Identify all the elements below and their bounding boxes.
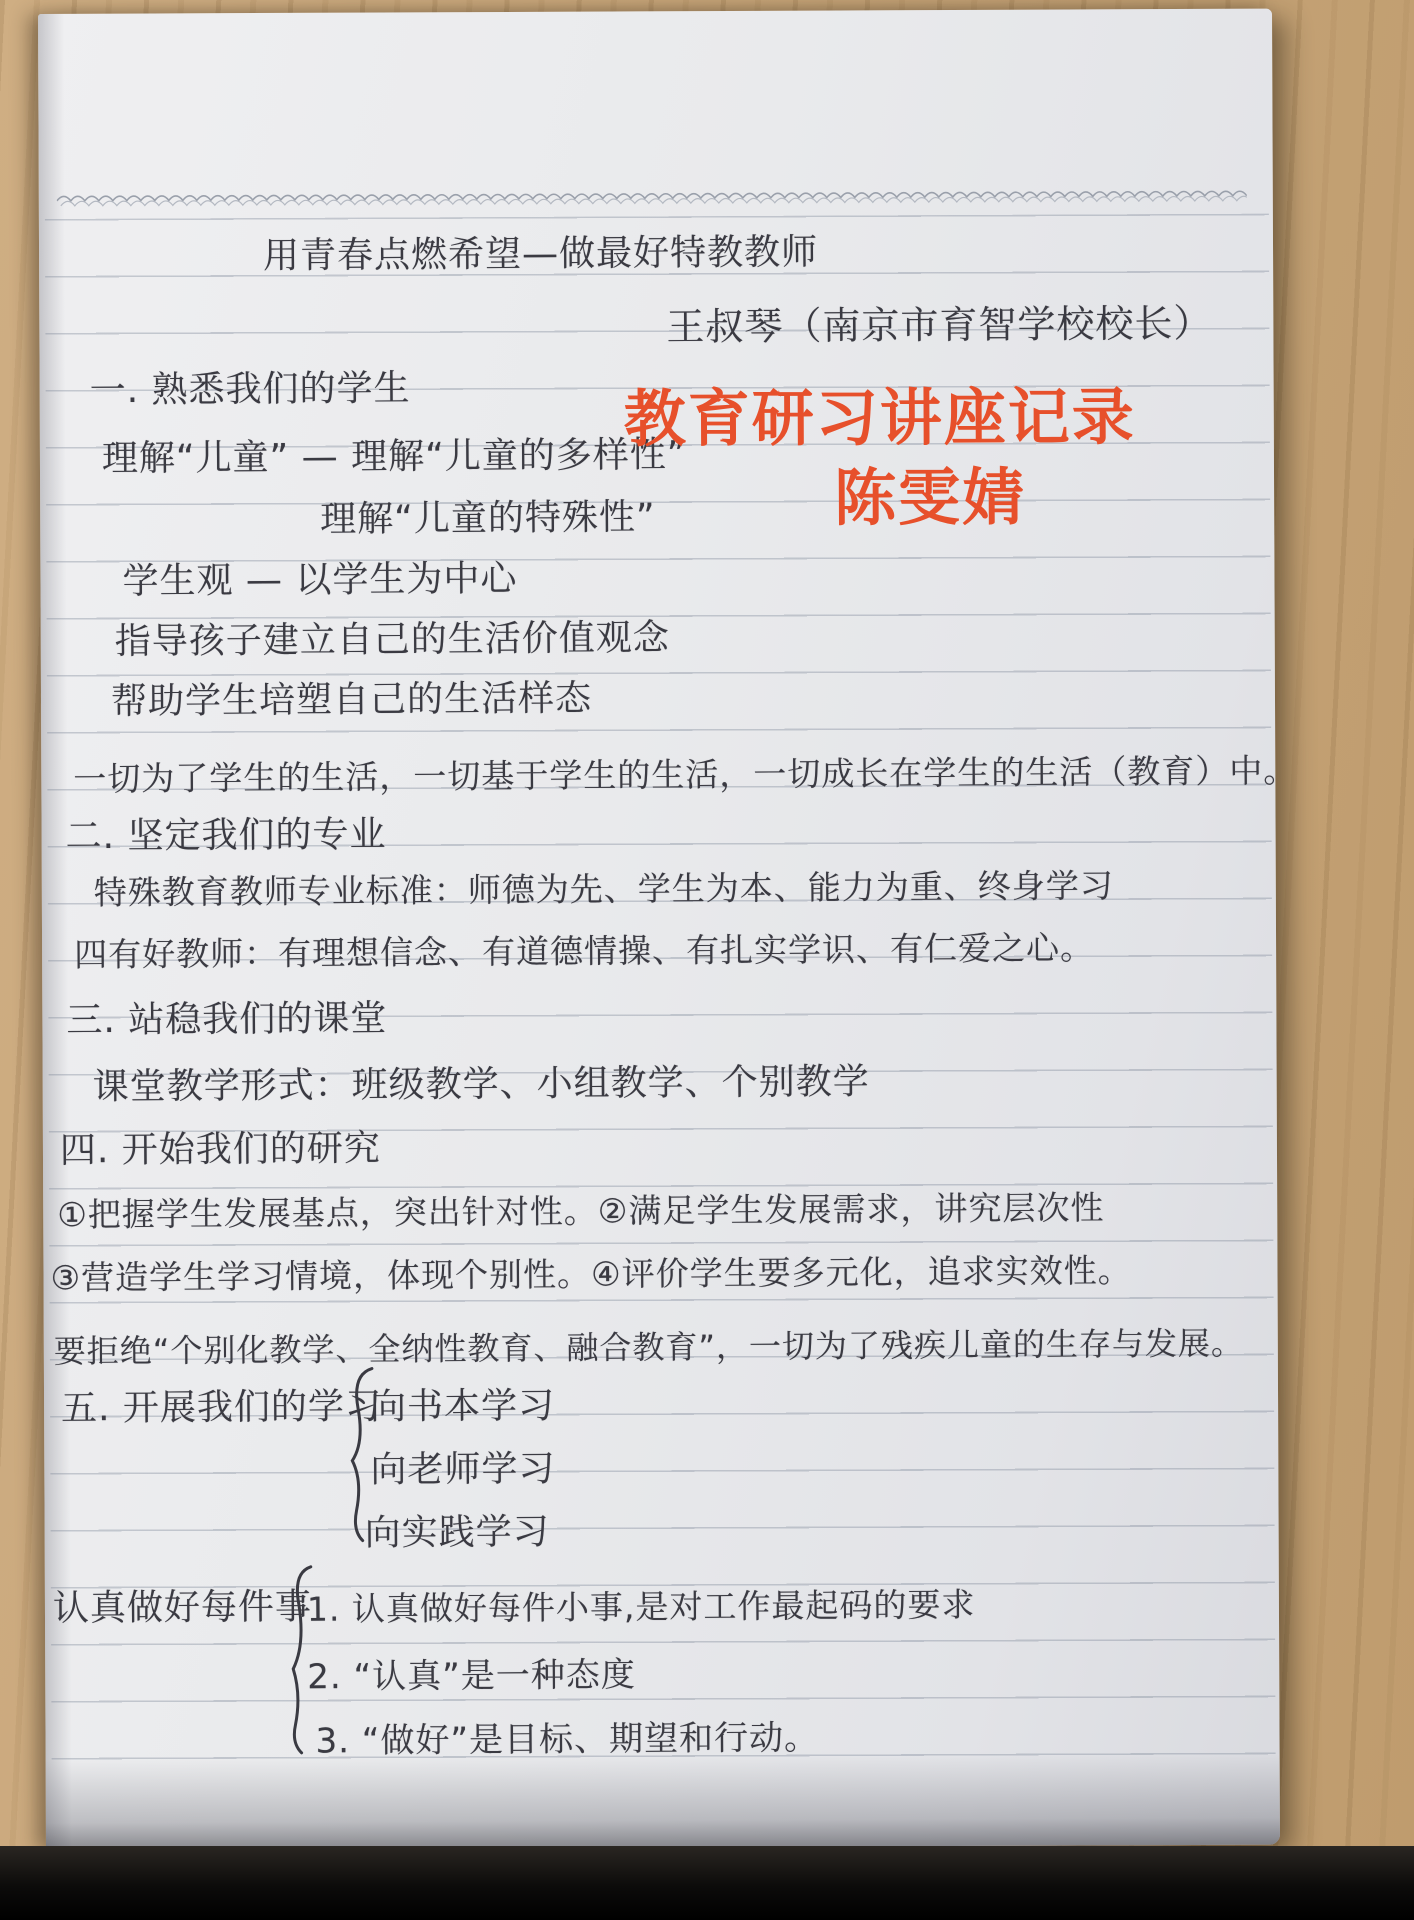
line-learn-from-practice: 向实践学习 — [364, 1504, 549, 1556]
line-all-for-life: 一切为了学生的生活，一切基于学生的生活，一切成长在学生的生活（教育）中。 — [73, 745, 1297, 801]
overlay-name-text: 陈雯婧 — [834, 448, 1026, 538]
line-four-good-teacher: 四有好教师：有理想信念、有道德情操、有扎实学识、有仁爱之心。 — [74, 922, 1094, 976]
line-research-point-3-4: ③营造学生学习情境，体现个别性。④评价学生要多元化，追求实效性。 — [50, 1245, 1131, 1300]
line-student-view: 学生观 — 以学生为中心 — [122, 550, 517, 604]
section-5-heading: 五. 开展我们的学习 — [61, 1378, 382, 1431]
section-1-heading: 一. 熟悉我们的学生 — [89, 360, 410, 413]
line-do-everything-well: 认真做好每件事 — [53, 1578, 312, 1631]
line-guide-values: 指导孩子建立自己的生活价值观念 — [115, 610, 670, 665]
line-learn-from-books: 向书本学习 — [370, 1378, 555, 1430]
tasks-brace-icon — [281, 1565, 316, 1755]
handwriting-layer: 用青春点燃希望—做最好特教教师王叔琴（南京市育智学校校长）一. 熟悉我们的学生理… — [38, 9, 1280, 1850]
section-3-heading: 三. 站稳我们的课堂 — [66, 990, 387, 1043]
line-research-point-1-2: ①把握学生发展基点，突出针对性。②满足学生发展需求，讲究层次性 — [57, 1182, 1104, 1236]
notebook-page: 用青春点燃希望—做最好特教教师王叔琴（南京市育智学校校长）一. 熟悉我们的学生理… — [38, 9, 1280, 1850]
line-help-lifestyle: 帮助学生培塑自己的生活样态 — [111, 670, 592, 724]
learning-brace-icon — [344, 1365, 379, 1545]
section-2-heading: 二. 坚定我们的专业 — [65, 806, 386, 859]
line-learn-from-teachers: 向老师学习 — [370, 1441, 555, 1493]
line-task-note-2: 2. “认真”是一种态度 — [307, 1647, 636, 1698]
photo-bottom-shadow — [0, 1846, 1414, 1920]
line-classroom-forms: 课堂教学形式：班级教学、小组教学、个别教学 — [92, 1053, 869, 1109]
line-teacher-standards: 特殊教育教师专业标准：师德为先、学生为本、能力为重、终身学习 — [94, 860, 1114, 914]
overlay-title-text: 教育研习讲座记录 — [624, 367, 1136, 458]
line-task-note-3: 3. “做好”是目标、期望和行动。 — [315, 1710, 819, 1763]
line-understand-children: 理解“儿童” — 理解“儿童的多样性” — [102, 426, 687, 481]
photo-of-notebook-page: 用青春点燃希望—做最好特教教师王叔琴（南京市育智学校校长）一. 熟悉我们的学生理… — [0, 0, 1414, 1920]
line-task-note-1: 1. 认真做好每件小事,是对工作最起码的要求 — [307, 1579, 976, 1631]
section-4-heading: 四. 开始我们的研究 — [60, 1120, 381, 1173]
line-understand-special: 理解“儿童的特殊性” — [320, 489, 656, 542]
line-research-point-5: 要拒绝“个别化教学、全纳性教育、融合教育”，一切为了残疾儿童的生存与发展。 — [54, 1318, 1244, 1372]
note-byline: 王叔琴（南京市育智学校校长） — [666, 292, 1212, 351]
note-title: 用青春点燃希望—做最好特教教师 — [263, 224, 818, 279]
